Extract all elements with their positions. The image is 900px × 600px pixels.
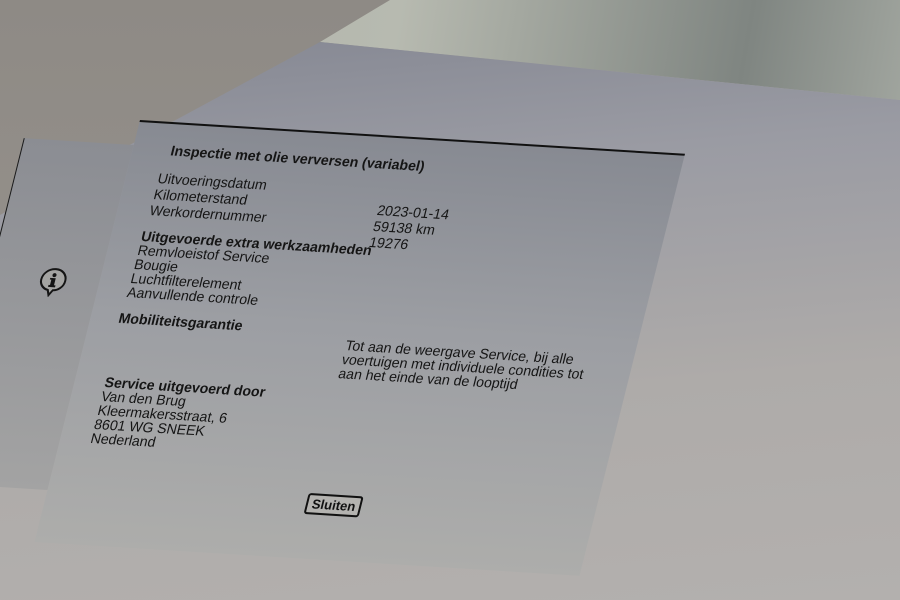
detail-value-workorder: 19276	[368, 234, 411, 252]
dealer-country: Nederland	[89, 430, 158, 450]
detail-label-workorder: Werkordernummer	[148, 202, 268, 225]
service-record-dialog: Inspectie met olie verversen (variabel) …	[35, 120, 686, 576]
mobility-description: Tot aan de weergave Service, bij alle vo…	[337, 338, 608, 396]
close-button[interactable]: Sluiten	[304, 493, 365, 517]
service-record-dialog-wrapper: Inspectie met olie verversen (variabel) …	[35, 120, 685, 574]
mobility-heading: Mobiliteitsgarantie	[117, 310, 245, 334]
dialog-title: Inspectie met olie verversen (variabel)	[169, 142, 427, 174]
